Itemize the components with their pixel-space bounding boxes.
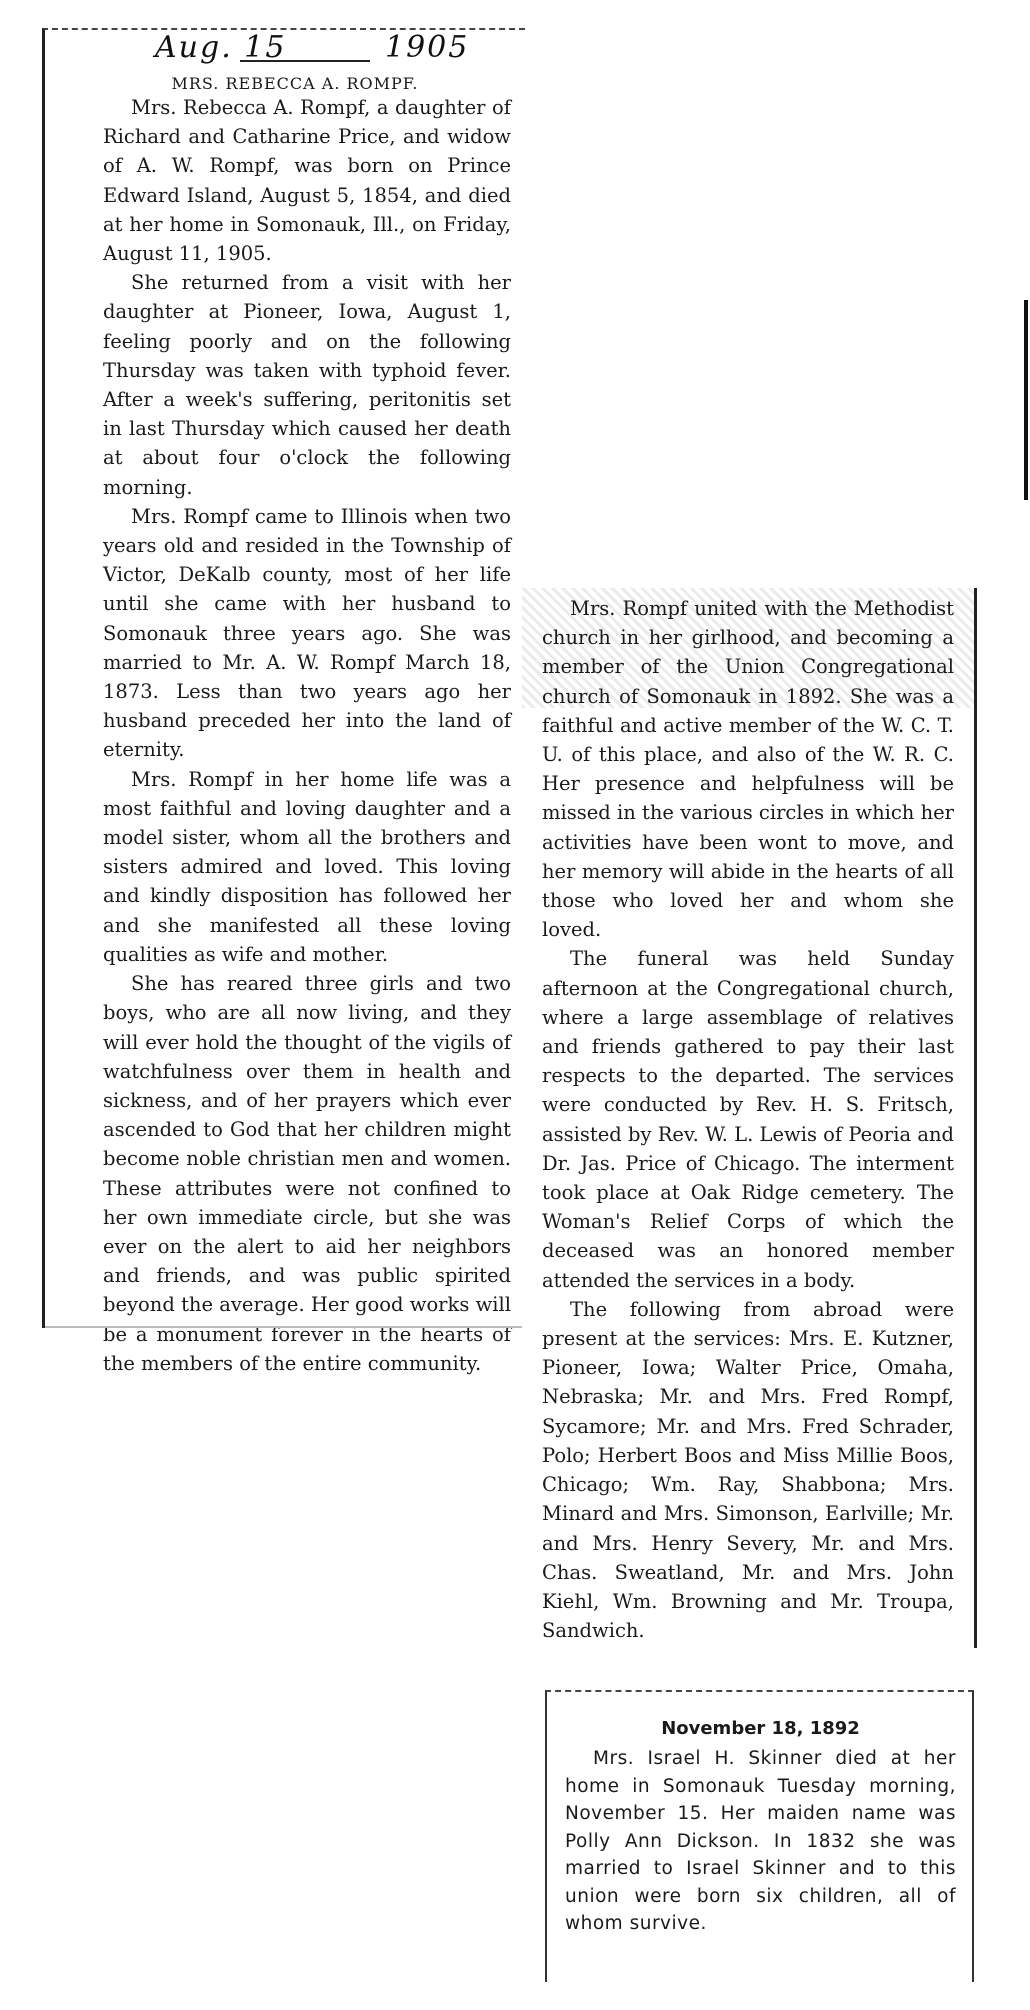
handwritten-underline [240,60,370,62]
paragraph: Mrs. Rompf in her home life was a most f… [103,765,511,969]
paragraph: The following from abroad were present a… [542,1295,954,1645]
clipping-rompf-part2: Mrs. Rompf united with the Methodist chu… [522,588,977,1648]
paragraph: Mrs. Rompf came to Illinois when two yea… [103,502,511,765]
paragraph: She returned from a visit with her daugh… [103,268,511,502]
paragraph: Mrs. Rompf united with the Methodist chu… [542,594,954,944]
paragraph: Mrs. Rebecca A. Rompf, a daughter of Ric… [103,93,511,268]
paragraph: She has reared three girls and two boys,… [103,969,511,1378]
clipping-rompf-part1: Aug. 15 1905 MRS. REBECCA A. ROMPF. Mrs.… [42,28,525,1328]
obituary-column-left: Mrs. Rebecca A. Rompf, a daughter of Ric… [45,93,525,1378]
obituary-date-heading: November 18, 1892 [565,1718,956,1739]
clipping-skinner: November 18, 1892 Mrs. Israel H. Skinner… [545,1690,974,1982]
paragraph: Mrs. Israel H. Skinner died at her home … [565,1745,956,1938]
handwritten-year: 1905 [385,30,469,65]
page-edge-mark [1024,300,1028,500]
obituary-column-right: Mrs. Rompf united with the Methodist chu… [522,588,974,1645]
obituary-heading: MRS. REBECCA A. ROMPF. [45,74,525,93]
obituary-column-skinner: November 18, 1892 Mrs. Israel H. Skinner… [547,1692,972,1938]
paragraph: The funeral was held Sunday afternoon at… [542,944,954,1294]
